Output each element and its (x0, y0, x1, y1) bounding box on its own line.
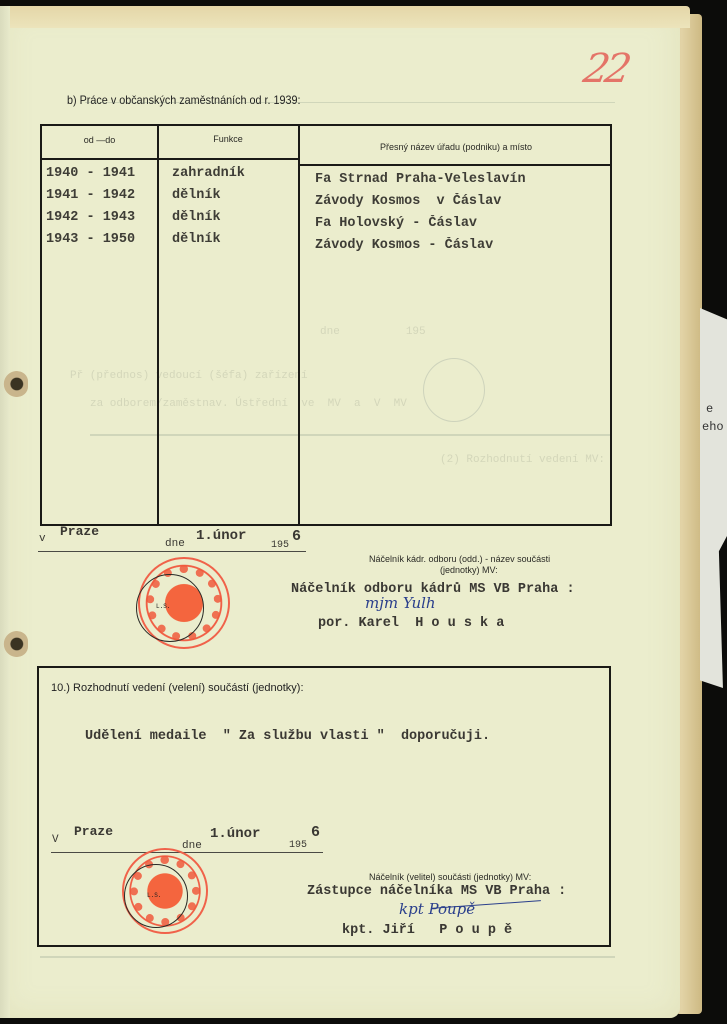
handwritten-signature: mjm Yulh (365, 594, 436, 612)
period-cell: 1943 - 1950 (46, 232, 135, 247)
back-sheet-fragment: e eho (700, 308, 727, 688)
column-header-period: od —do (42, 135, 157, 145)
caption-line: Náčelník kádr. odboru (odd.) - název sou… (369, 554, 550, 564)
document-page: 22 b) Práce v občanských zaměstnáních od… (0, 6, 680, 1018)
signatory-name: por. Karel H o u s k a (318, 616, 504, 631)
table-row: 1940 - 1941 zahradník Fa Strnad Praha-Ve… (42, 166, 610, 188)
official-title: Zástupce náčelníka MS VB Praha : (307, 884, 566, 899)
employer-cell: Fa Holovský - Čáslav (315, 216, 477, 231)
caption-line: (jednotky) MV: (440, 565, 498, 575)
table-row: 1941 - 1942 dělník Závody Kosmos v Čásla… (42, 188, 610, 210)
year-suffix: 6 (292, 528, 301, 545)
year-prefix: 195 (289, 840, 307, 851)
function-cell: zahradník (172, 166, 245, 181)
place-prefix: V (52, 834, 59, 846)
section-10-heading: 10.) Rozhodnutí vedení (velení) součástí… (51, 682, 304, 694)
function-cell: dělník (172, 188, 221, 203)
period-cell: 1942 - 1943 (46, 210, 135, 225)
binding-spine (0, 6, 10, 1018)
column-header-function: Funkce (158, 134, 298, 144)
column-header-employer: Přesný název úřadu (podniku) a místo (300, 142, 612, 152)
handwritten-signature: kpt Poupě (399, 900, 475, 918)
table-row: 1943 - 1950 dělník Závody Kosmos - Čásla… (42, 232, 610, 254)
place-value: Praze (74, 824, 113, 839)
ls-label: L.S. (147, 892, 161, 899)
employer-cell: Závody Kosmos v Čáslav (315, 194, 501, 209)
handwritten-page-number: 22 (580, 46, 631, 92)
date-value: 1.únor (210, 826, 260, 842)
place-prefix: v (39, 533, 46, 545)
section-b-heading: b) Práce v občanských zaměstnáních od r.… (67, 93, 301, 107)
employer-cell: Fa Strnad Praha-Veleslavín (315, 172, 526, 187)
year-suffix: 6 (311, 824, 320, 841)
period-cell: 1941 - 1942 (46, 188, 135, 203)
employer-cell: Závody Kosmos - Čáslav (315, 238, 493, 253)
date-value: 1.únor (196, 528, 246, 544)
function-cell: dělník (172, 210, 221, 225)
period-cell: 1940 - 1941 (46, 166, 135, 181)
ls-label: L.S. (156, 603, 170, 610)
date-prefix: dne (165, 538, 185, 550)
signatory-name: kpt. Jiří P o u p ě (342, 923, 512, 938)
function-cell: dělník (172, 232, 221, 247)
back-sheet-text: eho (702, 420, 724, 434)
binding-ring-icon (0, 631, 28, 657)
employment-table: od —do Funkce Přesný název úřadu (podnik… (40, 124, 612, 526)
section-10-decision-box: 10.) Rozhodnutí vedení (velení) součástí… (37, 666, 611, 947)
back-sheet-text: e (706, 402, 713, 416)
binding-ring-icon (0, 371, 28, 397)
year-prefix: 195 (271, 540, 289, 551)
place-value: Praze (60, 524, 99, 539)
date-prefix: dne (182, 840, 202, 852)
decision-text: Udělení medaile " Za službu vlasti " dop… (85, 729, 490, 744)
top-paper-edge (0, 6, 690, 28)
caption-line: Náčelník (velitel) součásti (jednotky) M… (369, 872, 531, 882)
table-row: 1942 - 1943 dělník Fa Holovský - Čáslav (42, 210, 610, 232)
